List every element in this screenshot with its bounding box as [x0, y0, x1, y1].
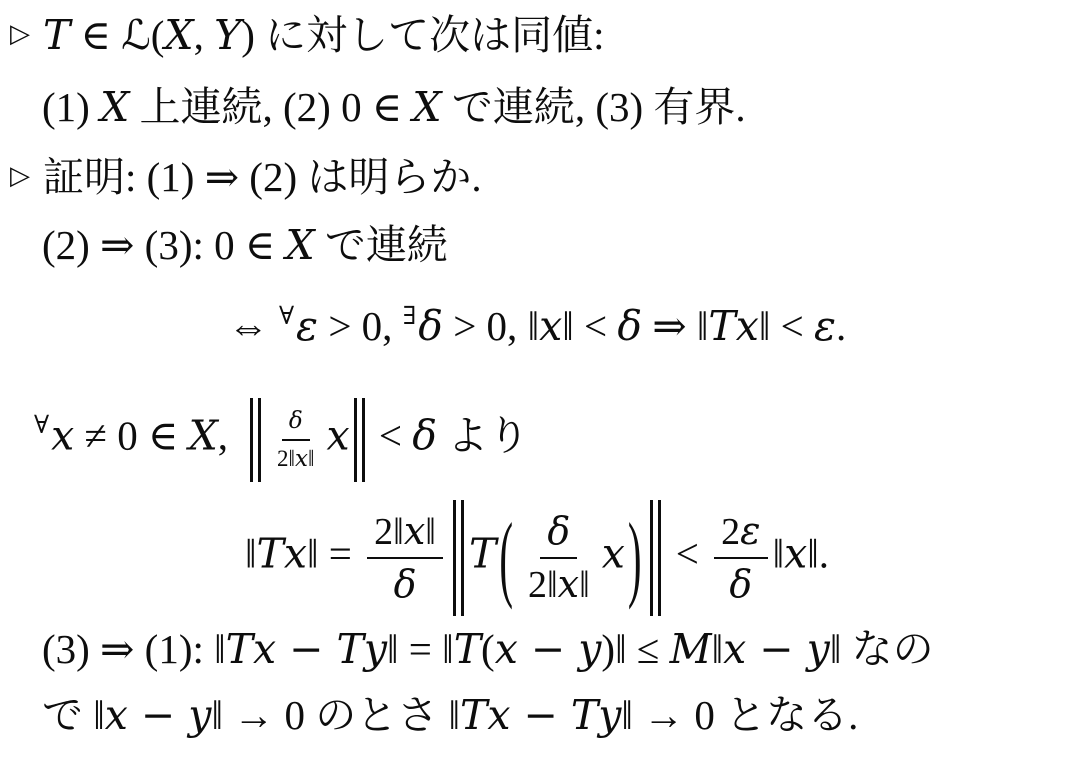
- norm-bar-tall: [354, 398, 365, 482]
- implication-label: (2) ⇒ (3): 0 ∈: [42, 222, 285, 268]
- math-var-x: x: [539, 302, 562, 350]
- math-var-delta: δ: [617, 302, 642, 350]
- math-text: ‖ <: [562, 303, 617, 349]
- jp-text: となる.: [725, 692, 858, 738]
- norm-bar-tall: [650, 500, 661, 616]
- norm-bar: ‖: [245, 530, 257, 576]
- iff-symbol: ⇔: [228, 303, 279, 349]
- math-var-T: T: [469, 529, 496, 577]
- math-var-x: x: [784, 529, 807, 577]
- triangle-bullet-icon: ▷: [10, 161, 30, 191]
- math-var-X: X: [285, 221, 314, 269]
- fraction-delta-over-2normx: δ2‖x‖: [270, 406, 321, 474]
- math-text: > 0,: [318, 303, 403, 349]
- forall-icon: ∀: [279, 303, 294, 330]
- math-var-delta: δ: [412, 411, 437, 459]
- fraction-2normx-over-delta: 2‖x‖δ: [367, 509, 443, 607]
- math-text: )‖ ≤: [601, 626, 669, 672]
- math-expr: Tx − Ty: [460, 691, 621, 739]
- jp-text: で連続: [442, 84, 575, 130]
- math-var-epsilon: ε: [296, 302, 318, 350]
- jp-text: に対して次は同値:: [255, 12, 605, 58]
- math-text: ‖ → 0: [211, 692, 315, 738]
- implication-label: (3) ⇒ (1):: [42, 626, 214, 672]
- fraction-numerator: δ: [282, 406, 310, 441]
- big-paren-close: ): [628, 503, 642, 614]
- norm-bar: ‖: [528, 303, 540, 349]
- math-text: <: [666, 530, 710, 576]
- fraction-denominator: 2‖x‖: [521, 559, 597, 607]
- exists-icon: ∃: [403, 303, 417, 330]
- math-symbol-in: ∈: [70, 12, 121, 58]
- paren-close: ): [241, 12, 255, 58]
- math-expr: x − y: [105, 691, 212, 739]
- math-text: > 0,: [443, 303, 528, 349]
- math-expr: x − y: [495, 625, 602, 673]
- norm-bar: ‖: [773, 530, 785, 576]
- statement-line-1: ▷T ∈ ℒ(X, Y) に対して次は同値:: [10, 12, 604, 59]
- proof-line-3: (3) ⇒ (1): ‖Tx − Ty‖ = ‖T(x − y)‖ ≤ M‖x …: [42, 626, 934, 673]
- fraction-2eps-over-delta: 2εδ: [714, 509, 767, 607]
- epsilon-delta-formula: ⇔ ∀ε > 0, ∃δ > 0, ‖x‖ < δ ⇒ ‖Tx‖ < ε.: [0, 303, 1074, 350]
- implies-symbol: ⇒: [642, 303, 697, 349]
- math-var-Tx: Tx: [257, 529, 307, 577]
- fraction-numerator: 2ε: [714, 509, 767, 559]
- math-expr: Tx − Ty: [226, 625, 387, 673]
- math-var-x: x: [602, 529, 625, 577]
- display-formula: ‖Tx‖ = 2‖x‖δT(δ2‖x‖x) < 2εδ‖x‖.: [0, 500, 1074, 616]
- math-var-T: T: [43, 11, 70, 59]
- fraction-denominator: δ: [387, 559, 424, 607]
- math-text: ‖ = ‖: [387, 626, 454, 672]
- math-script-L: ℒ: [121, 11, 151, 59]
- fraction-denominator: 2‖x‖: [270, 441, 321, 474]
- math-text: <: [369, 412, 413, 458]
- math-text: ‖ <: [759, 303, 814, 349]
- statement-line-2: (1) X 上連続, (2) 0 ∈ X で連続, (3) 有界.: [42, 84, 746, 131]
- jp-text: 上連続: [129, 84, 262, 130]
- norm-bar: ‖: [214, 626, 226, 672]
- math-var-Tx: Tx: [708, 302, 758, 350]
- norm-inequality-line: ∀x ≠ 0 ∈ X,δ2‖x‖x < δ より: [34, 398, 529, 482]
- norm-bar-tall: [453, 500, 464, 616]
- math-var-X: X: [164, 11, 193, 59]
- item-3-label: , (3) 有界.: [575, 84, 746, 130]
- comma: ,: [194, 12, 215, 58]
- jp-text: で: [42, 692, 93, 738]
- math-var-x: x: [326, 411, 349, 459]
- jp-text: で連続: [315, 222, 448, 268]
- math-expr: x − y: [723, 625, 830, 673]
- big-paren-open: (: [499, 503, 513, 614]
- math-var-X: X: [412, 83, 441, 131]
- math-text: ‖ → 0: [621, 692, 725, 738]
- math-var-X: X: [189, 411, 218, 459]
- norm-bar: ‖: [697, 303, 709, 349]
- norm-bar: ‖: [93, 692, 105, 738]
- proof-line-2: (2) ⇒ (3): 0 ∈ X で連続: [42, 222, 448, 269]
- forall-icon: ∀: [34, 412, 49, 439]
- math-text: ‖: [438, 692, 460, 738]
- norm-bar: ‖: [712, 626, 724, 672]
- jp-text: のとさ: [315, 692, 438, 738]
- math-var-x: x: [51, 411, 74, 459]
- norm-bar: ‖: [830, 626, 842, 672]
- math-var-T: T: [454, 625, 481, 673]
- proof-line-4: で ‖x − y‖ → 0 のとさ ‖Tx − Ty‖ → 0 となる.: [42, 692, 858, 739]
- fraction-numerator: 2‖x‖: [367, 509, 443, 559]
- math-var-epsilon: ε: [814, 302, 836, 350]
- paren-open: (: [481, 626, 495, 672]
- norm-bar-tall: [250, 398, 261, 482]
- jp-text: 証明: (1) ⇒ (2) は明らか.: [43, 154, 482, 200]
- jp-text: より: [437, 412, 529, 458]
- norm-bar-period: ‖.: [807, 530, 829, 576]
- item-2-label: , (2) 0 ∈: [263, 84, 413, 130]
- comma: ,: [218, 412, 228, 458]
- item-1-label: (1): [42, 84, 100, 130]
- triangle-bullet-icon: ▷: [10, 19, 30, 49]
- math-text: ‖ =: [307, 530, 362, 576]
- fraction-denominator: δ: [722, 559, 759, 607]
- proof-line-1: ▷証明: (1) ⇒ (2) は明らか.: [10, 154, 482, 201]
- jp-text: なの: [841, 626, 933, 672]
- math-var-X: X: [100, 83, 129, 131]
- math-var-Y: Y: [214, 11, 241, 59]
- fraction-delta-over-2normx: δ2‖x‖: [521, 509, 597, 607]
- math-var-M: M: [670, 625, 712, 673]
- period: .: [836, 303, 846, 349]
- fraction-numerator: δ: [540, 509, 577, 559]
- math-var-delta: δ: [418, 302, 443, 350]
- slide-page: ▷T ∈ ℒ(X, Y) に対して次は同値: (1) X 上連続, (2) 0 …: [0, 0, 1074, 760]
- math-text: ≠ 0 ∈: [74, 412, 188, 458]
- paren-open: (: [151, 12, 165, 58]
